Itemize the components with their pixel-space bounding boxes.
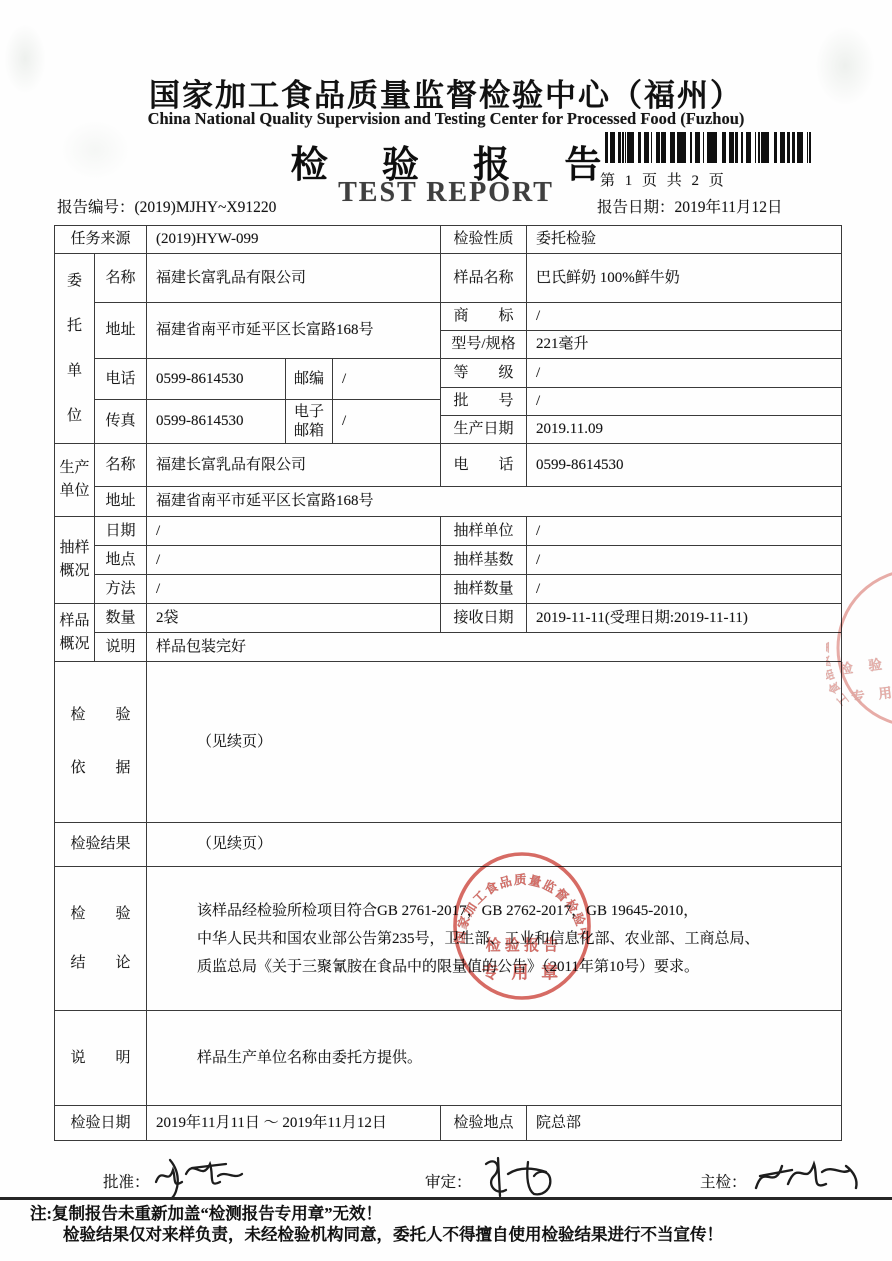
chief-label: 主检： xyxy=(700,1170,747,1192)
report-date-label: 报告日期： xyxy=(597,199,675,216)
seal-ring-text: 国家加工食品质量监督检验中心 xyxy=(448,846,592,944)
footer-divider xyxy=(0,1197,892,1200)
basis-label: 检 验依 据 xyxy=(54,661,146,822)
client-name-label: 名称 xyxy=(94,253,146,302)
sampling-base-label: 抽样基数 xyxy=(440,545,526,574)
sample-batch-value: / xyxy=(526,387,841,415)
sample-prod-date-value: 2019.11.09 xyxy=(526,415,841,443)
producer-tel-value: 0599-8614530 xyxy=(526,443,841,486)
report-date-value: 2019年11月12日 xyxy=(675,199,783,216)
edge-seal-line2: 专 用 xyxy=(850,684,892,705)
sample-grade-value: / xyxy=(526,358,841,387)
seal-line2: 专 用 章 xyxy=(482,962,562,982)
client-addr-value: 福建省南平市延平区长富路168号 xyxy=(146,302,440,358)
result-label: 检验结果 xyxy=(54,822,146,866)
test-date-label: 检验日期 xyxy=(54,1105,146,1140)
report-form-table: 任务来源 (2019)HYW-099 检验性质 委托检验 委托单位 名称 福建长… xyxy=(54,225,842,1141)
sampling-place-label: 地点 xyxy=(94,545,146,574)
producer-group-label: 生产单位 xyxy=(54,443,94,516)
sample-brand-label: 商 标 xyxy=(440,302,526,330)
report-number: 报告编号：(2019)MJHY~X91220 xyxy=(57,195,276,217)
edge-seal-stamp: 工食品质量 检 验 专 用 xyxy=(826,550,892,750)
sample-prod-date-label: 生产日期 xyxy=(440,415,526,443)
footer-note-line1: 注:复制报告未重新加盖“检测报告专用章”无效！ xyxy=(30,1204,382,1223)
sample-batch-label: 批 号 xyxy=(440,387,526,415)
client-name-value: 福建长富乳品有限公司 xyxy=(146,253,440,302)
sampling-unit-value: / xyxy=(526,516,841,545)
remark-label: 说 明 xyxy=(54,1010,146,1105)
receive-date-label: 接收日期 xyxy=(440,603,526,632)
sample-qty-value: 2袋 xyxy=(146,603,440,632)
chief-signature xyxy=(746,1146,866,1202)
sampling-qty-label: 抽样数量 xyxy=(440,574,526,603)
svg-text:国家加工食品质量监督检验中心: 国家加工食品质量监督检验中心 xyxy=(448,846,592,944)
report-number-label: 报告编号： xyxy=(57,199,135,216)
conclusion-label: 检 验结 论 xyxy=(54,866,146,1010)
sample-brand-value: / xyxy=(526,302,841,330)
producer-name-label: 名称 xyxy=(94,443,146,486)
sampling-method-label: 方法 xyxy=(94,574,146,603)
client-tel-label: 电话 xyxy=(94,358,146,399)
client-tel-value: 0599-8614530 xyxy=(146,358,285,399)
sampling-group-label: 抽样概况 xyxy=(54,516,94,603)
sampling-qty-value: / xyxy=(526,574,841,603)
sample-desc-label: 说明 xyxy=(94,632,146,661)
client-zip-label: 邮编 xyxy=(285,358,332,399)
sampling-base-value: / xyxy=(526,545,841,574)
sample-model-value: 221毫升 xyxy=(526,330,841,358)
test-nature-value: 委托检验 xyxy=(526,225,841,253)
approve-label: 批准： xyxy=(103,1170,150,1192)
sampling-unit-label: 抽样单位 xyxy=(440,516,526,545)
test-report-page: 国家加工食品质量监督检验中心（福州） China National Qualit… xyxy=(0,0,892,1261)
test-nature-label: 检验性质 xyxy=(440,225,526,253)
page-number: 第 1 页 共 2 页 xyxy=(600,169,727,190)
producer-addr-label: 地址 xyxy=(94,486,146,516)
review-signature xyxy=(472,1150,562,1202)
client-zip-value: / xyxy=(332,358,440,399)
report-number-value: (2019)MJHY~X91220 xyxy=(135,199,277,216)
sample-grade-label: 等 级 xyxy=(440,358,526,387)
report-date: 报告日期：2019年11月12日 xyxy=(597,195,782,217)
footer-note-line2: 检验结果仅对来样负责，未经检验机构同意，委托人不得擅自使用检验结果进行不当宣传！ xyxy=(63,1224,870,1245)
seal-line1: 检 验 报 告 xyxy=(486,936,559,954)
barcode xyxy=(605,132,813,163)
client-fax-label: 传真 xyxy=(94,399,146,443)
sampling-date-label: 日期 xyxy=(94,516,146,545)
sample-name-label: 样品名称 xyxy=(440,253,526,302)
basis-value: （见续页） xyxy=(146,661,841,822)
test-date-value: 2019年11月11日 ～ 2019年11月12日 xyxy=(146,1105,440,1140)
footer-note: 注:复制报告未重新加盖“检测报告专用章”无效！ 检验结果仅对来样负责，未经检验机… xyxy=(30,1203,870,1245)
producer-addr-value: 福建省南平市延平区长富路168号 xyxy=(146,486,841,516)
sample-info-group-label: 样品概况 xyxy=(54,603,94,661)
client-email-value: / xyxy=(332,399,440,443)
task-source-label: 任务来源 xyxy=(54,225,146,253)
official-seal-stamp: 国家加工食品质量监督检验中心 检 验 报 告 专 用 章 xyxy=(448,846,596,1002)
producer-name-value: 福建长富乳品有限公司 xyxy=(146,443,440,486)
producer-tel-label: 电 话 xyxy=(440,443,526,486)
remark-value: 样品生产单位名称由委托方提供。 xyxy=(146,1010,841,1105)
sample-qty-label: 数量 xyxy=(94,603,146,632)
client-addr-label: 地址 xyxy=(94,302,146,358)
sampling-method-value: / xyxy=(146,574,440,603)
sample-name-value: 巴氏鲜奶 100%鲜牛奶 xyxy=(526,253,841,302)
task-source-value: (2019)HYW-099 xyxy=(146,225,440,253)
client-email-label: 电子邮箱 xyxy=(285,399,332,443)
approve-signature xyxy=(148,1148,248,1200)
edge-seal-line1: 检 验 xyxy=(838,655,888,677)
sample-model-label: 型号/规格 xyxy=(440,330,526,358)
sampling-place-value: / xyxy=(146,545,440,574)
client-group-label: 委托单位 xyxy=(54,253,94,443)
sampling-date-value: / xyxy=(146,516,440,545)
test-place-label: 检验地点 xyxy=(440,1105,526,1140)
review-label: 审定： xyxy=(425,1170,472,1192)
receive-date-value: 2019-11-11(受理日期:2019-11-11) xyxy=(526,603,841,632)
client-fax-value: 0599-8614530 xyxy=(146,399,285,443)
sample-desc-value: 样品包装完好 xyxy=(146,632,841,661)
org-name-en: China National Quality Supervision and T… xyxy=(0,109,892,129)
test-place-value: 院总部 xyxy=(526,1105,841,1140)
